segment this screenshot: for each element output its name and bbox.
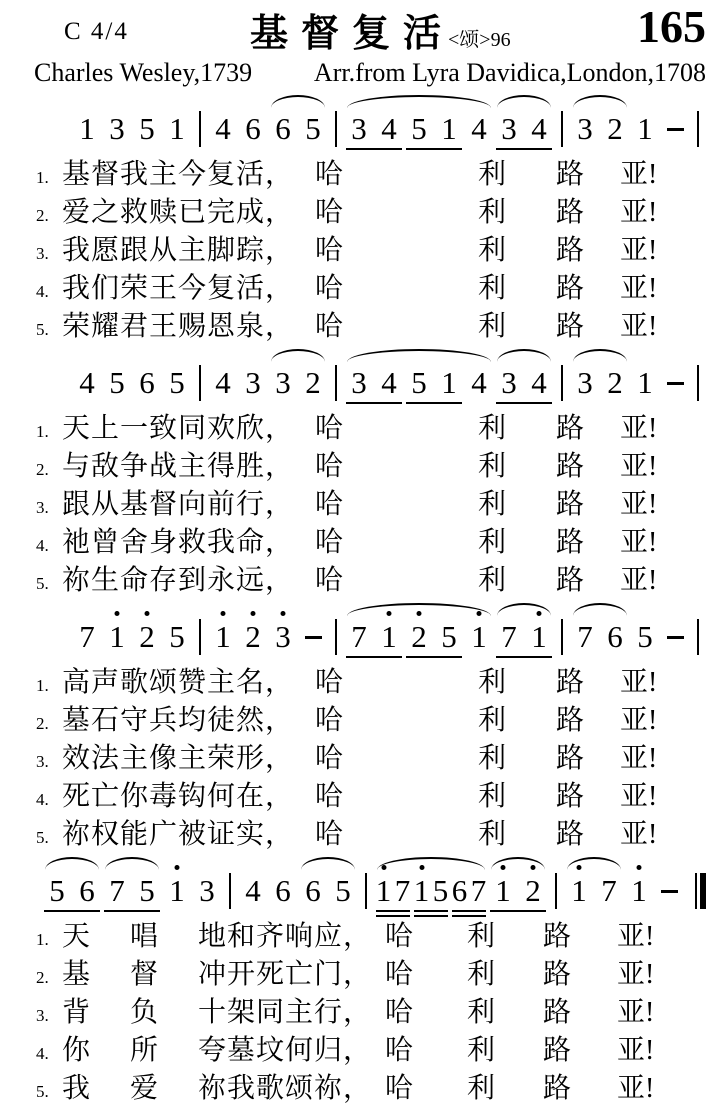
verse-lyrics: 祢权能广被证实，	[62, 816, 315, 854]
slur-arc	[497, 95, 551, 108]
hallelujah-syllable: 亚!	[617, 956, 654, 994]
note-digit: 2	[600, 366, 630, 400]
hallelujah-syllable: 路	[556, 156, 620, 194]
hallelujah-syllable: 利	[478, 486, 556, 524]
music-row: 567513466517156712171	[0, 854, 726, 918]
verse-lyrics: 高声歌颂赞主名，	[62, 664, 315, 702]
verse-lyrics: 与敌争战主得胜，	[62, 448, 315, 486]
octave-dot	[115, 611, 120, 616]
verse-row: 5.祢权能广被证实，哈利路亚!	[0, 816, 726, 854]
slur-arc	[573, 95, 627, 108]
beam-line	[414, 915, 448, 917]
lyric-text: 基督我主今复活，	[62, 159, 294, 190]
note-digit: 1	[434, 366, 464, 400]
final-barline	[684, 874, 706, 908]
lead-char: 我	[62, 1070, 130, 1108]
hallelujah-syllable: 哈	[315, 524, 478, 562]
lyric-text: 祂曾舍身救我命，	[62, 527, 294, 558]
verse-lyrics: 你所夸墓坟何归，	[62, 1032, 385, 1070]
hallelujah-syllable: 路	[543, 1032, 617, 1070]
note-digit: 5	[404, 112, 434, 146]
verse-lyrics: 墓石守兵均徒然，	[62, 702, 315, 740]
lead-char: 天	[62, 918, 130, 956]
note-digit: 4	[72, 366, 102, 400]
hallelujah-syllable: 路	[556, 740, 620, 778]
note-digit: 7	[393, 874, 412, 908]
verse-row: 2.基督冲开死亡门，哈利路亚!	[0, 956, 726, 994]
note-digit: 7	[344, 620, 374, 654]
note-digit: 6	[268, 874, 298, 908]
hallelujah-syllable: 路	[543, 1070, 617, 1108]
barline	[358, 874, 374, 908]
hallelujah-syllable: 亚!	[620, 740, 657, 778]
note-digit: 1	[434, 112, 464, 146]
hallelujah-syllable: 利	[478, 448, 556, 486]
note-digit: 1	[162, 874, 192, 908]
beam-line	[346, 148, 402, 150]
author-arranger: Arr.from Lyra Davidica,London,1708	[314, 58, 706, 92]
beam-line	[496, 148, 552, 150]
verse-number: 5.	[36, 1073, 62, 1110]
lyric-text: 祢权能广被证实，	[62, 819, 294, 850]
verse-lyrics: 天上一致同欢欣，	[62, 410, 315, 448]
hallelujah-syllable: 亚!	[620, 232, 657, 270]
note-digit: 3	[268, 620, 298, 654]
authors-row: Charles Wesley,1739 Arr.from Lyra Davidi…	[0, 58, 726, 92]
note-digit: 6	[298, 874, 328, 908]
barline	[554, 366, 570, 400]
verse-row: 3.效法主像主荣形，哈利路亚!	[0, 740, 726, 778]
hallelujah-syllable: 哈	[385, 1070, 467, 1108]
lyric-text: 祢生命存到永远，	[62, 565, 294, 596]
slur-arc	[347, 603, 491, 616]
note-digit: 2	[404, 620, 434, 654]
note-digit: 6	[132, 366, 162, 400]
lead-char: 爱	[130, 1070, 198, 1108]
barline	[690, 112, 706, 146]
hallelujah-syllable: 亚!	[620, 448, 657, 486]
note-digit: 3	[570, 112, 600, 146]
hallelujah-syllable: 利	[478, 740, 556, 778]
hallelujah-syllable: 哈	[315, 270, 478, 308]
note-digit: 2	[298, 366, 328, 400]
note-digit: 1	[412, 874, 431, 908]
octave-dot	[221, 611, 226, 616]
hallelujah-syllable: 路	[556, 524, 620, 562]
barline	[328, 366, 344, 400]
hallelujah-syllable: 哈	[315, 702, 478, 740]
slur-arc	[45, 857, 99, 870]
note-digit: 4	[464, 366, 494, 400]
hallelujah-syllable: 哈	[315, 308, 478, 346]
hallelujah-syllable: 利	[478, 410, 556, 448]
hymn-number: 165	[637, 0, 706, 53]
verse-row: 1.天上一致同欢欣，哈利路亚!	[0, 410, 726, 448]
tune-reference: <颂>96	[448, 29, 511, 51]
verse-row: 1.高声歌颂赞主名，哈利路亚!	[0, 664, 726, 702]
beam-line	[490, 910, 546, 912]
verse-lyrics: 祂曾舍身救我命，	[62, 524, 315, 562]
lyric-text: 荣耀君王赐恩泉，	[62, 311, 294, 342]
hallelujah-syllable: 路	[556, 270, 620, 308]
verse-number: 4.	[36, 527, 62, 565]
hallelujah-syllable: 路	[556, 664, 620, 702]
hymn-title: 基督复活	[250, 11, 454, 55]
note-digit: 3	[494, 112, 524, 146]
note-digit: 1	[208, 620, 238, 654]
verse-row: 2.与敌争战主得胜，哈利路亚!	[0, 448, 726, 486]
note-digit: 3	[268, 366, 298, 400]
stanza-section-4: 567513466517156712171 1.天唱地和齐响应，哈利路亚!2.基…	[0, 854, 726, 1108]
note-digit: 6	[72, 874, 102, 908]
lyric-text: 死亡你毒钩何在，	[62, 781, 294, 812]
hallelujah-syllable: 哈	[315, 448, 478, 486]
hallelujah-syllable: 利	[478, 308, 556, 346]
barline	[192, 620, 208, 654]
note-digit: 1	[564, 874, 594, 908]
hallelujah-syllable: 亚!	[620, 562, 657, 600]
hallelujah-syllable: 哈	[385, 994, 467, 1032]
hallelujah-syllable: 哈	[385, 918, 467, 956]
dash-note	[660, 366, 690, 400]
verse-number: 5.	[36, 565, 62, 603]
verse-row: 3.背负十架同主行，哈利路亚!	[0, 994, 726, 1032]
verse-number: 2.	[36, 959, 62, 997]
note-digit: 3	[344, 112, 374, 146]
hallelujah-syllable: 路	[556, 308, 620, 346]
slur-arc	[491, 857, 545, 870]
hallelujah-syllable: 利	[478, 524, 556, 562]
barline	[554, 112, 570, 146]
note-digit: 1	[464, 620, 494, 654]
note-digit: 5	[42, 874, 72, 908]
lead-char: 负	[130, 994, 198, 1032]
hallelujah-syllable: 利	[467, 918, 543, 956]
slur-arc	[497, 349, 551, 362]
hallelujah-syllable: 利	[478, 194, 556, 232]
slur-arc	[573, 603, 627, 616]
hallelujah-syllable: 利	[467, 994, 543, 1032]
hallelujah-syllable: 亚!	[620, 194, 657, 232]
hallelujah-syllable: 哈	[315, 410, 478, 448]
barline	[222, 874, 238, 908]
hallelujah-syllable: 哈	[315, 740, 478, 778]
lyric-text: 墓石守兵均徒然，	[62, 705, 294, 736]
verses: 1.高声歌颂赞主名，哈利路亚!2.墓石守兵均徒然，哈利路亚!3.效法主像主荣形，…	[0, 664, 726, 854]
author-lyricist: Charles Wesley,1739	[34, 58, 252, 92]
hallelujah-syllable: 哈	[385, 1032, 467, 1070]
slur-arc	[271, 349, 325, 362]
beam-line	[452, 915, 486, 917]
lead-char: 你	[62, 1032, 130, 1070]
hallelujah-syllable: 哈	[315, 194, 478, 232]
hallelujah-syllable: 利	[478, 270, 556, 308]
title-group: 基督复活<颂>96	[250, 2, 511, 57]
verse-number: 1.	[36, 921, 62, 959]
note-digit: 5	[162, 620, 192, 654]
hallelujah-syllable: 哈	[315, 778, 478, 816]
hallelujah-syllable: 路	[556, 562, 620, 600]
hallelujah-syllable: 利	[478, 664, 556, 702]
stanza-section-2: 456543323451434321 1.天上一致同欢欣，哈利路亚!2.与敌争战…	[0, 346, 726, 600]
note-digit: 1	[630, 112, 660, 146]
verse-lyrics: 背负十架同主行，	[62, 994, 385, 1032]
stanza-section-1: 135146653451434321 1.基督我主今复活，哈利路亚!2.爱之救赎…	[0, 92, 726, 346]
slur-arc	[497, 603, 551, 616]
note-digit: 3	[344, 366, 374, 400]
hallelujah-syllable: 哈	[315, 156, 478, 194]
verse-number: 2.	[36, 197, 62, 235]
verse-lyrics: 爱之救赎已完成，	[62, 194, 315, 232]
hallelujah-syllable: 亚!	[620, 270, 657, 308]
octave-dot	[251, 611, 256, 616]
verse-lyrics: 死亡你毒钩何在，	[62, 778, 315, 816]
lyric-text: 祢我歌颂祢，	[198, 1073, 372, 1104]
note-digit: 5	[404, 366, 434, 400]
hallelujah-syllable: 路	[556, 778, 620, 816]
beam-line	[376, 915, 410, 917]
verse-number: 4.	[36, 273, 62, 311]
barline	[192, 112, 208, 146]
lead-char: 唱	[130, 918, 198, 956]
lyric-text: 与敌争战主得胜，	[62, 451, 294, 482]
lyric-text: 我愿跟从主脚踪，	[62, 235, 294, 266]
note-digit: 1	[624, 874, 654, 908]
note-digit: 1	[162, 112, 192, 146]
barline	[192, 366, 208, 400]
note-digit: 5	[102, 366, 132, 400]
note-digit: 4	[374, 112, 404, 146]
lyric-text: 高声歌颂赞主名，	[62, 667, 294, 698]
verses: 1.天唱地和齐响应，哈利路亚!2.基督冲开死亡门，哈利路亚!3.背负十架同主行，…	[0, 918, 726, 1108]
hallelujah-syllable: 利	[478, 702, 556, 740]
slur-arc	[271, 95, 325, 108]
beam-line	[414, 910, 448, 912]
note-digit: 5	[630, 620, 660, 654]
beam-line	[406, 656, 462, 658]
note-digit: 5	[162, 366, 192, 400]
note-digit: 7	[102, 874, 132, 908]
barline	[548, 874, 564, 908]
hallelujah-syllable: 亚!	[620, 816, 657, 854]
slur-arc	[301, 857, 355, 870]
hallelujah-syllable: 路	[556, 410, 620, 448]
verse-number: 3.	[36, 235, 62, 273]
hallelujah-syllable: 路	[543, 994, 617, 1032]
note-digit: 6	[600, 620, 630, 654]
lyric-text: 爱之救赎已完成，	[62, 197, 294, 228]
verse-lyrics: 祢生命存到永远，	[62, 562, 315, 600]
hallelujah-syllable: 利	[478, 562, 556, 600]
hallelujah-syllable: 利	[478, 232, 556, 270]
note-digit: 2	[238, 620, 268, 654]
slur-arc	[347, 95, 491, 108]
stanza-section-3: 71251237125171765 1.高声歌颂赞主名，哈利路亚!2.墓石守兵均…	[0, 600, 726, 854]
verse-lyrics: 我们荣王今复活，	[62, 270, 315, 308]
verse-lyrics: 我爱祢我歌颂祢，	[62, 1070, 385, 1108]
beam-line	[406, 402, 462, 404]
verse-number: 4.	[36, 1035, 62, 1073]
verse-number: 3.	[36, 743, 62, 781]
barline	[328, 112, 344, 146]
beam-line	[376, 910, 410, 912]
hallelujah-syllable: 利	[467, 1032, 543, 1070]
note-digit: 6	[450, 874, 469, 908]
verse-number: 1.	[36, 413, 62, 451]
verse-lyrics: 基督我主今复活，	[62, 156, 315, 194]
lyric-text: 我们荣王今复活，	[62, 273, 294, 304]
barline	[690, 366, 706, 400]
note-digit: 1	[630, 366, 660, 400]
note-digit: 4	[464, 112, 494, 146]
verse-lyrics: 效法主像主荣形，	[62, 740, 315, 778]
beam-line	[496, 656, 552, 658]
note-digit: 1	[374, 620, 404, 654]
lyric-text: 地和齐响应，	[198, 921, 372, 952]
verse-number: 5.	[36, 311, 62, 349]
verse-number: 2.	[36, 451, 62, 489]
octave-dot	[281, 611, 286, 616]
note-digit: 6	[238, 112, 268, 146]
note-digit: 5	[298, 112, 328, 146]
music-row: 71251237125171765	[0, 600, 726, 664]
note-digit: 1	[72, 112, 102, 146]
hallelujah-syllable: 哈	[385, 956, 467, 994]
lead-char: 基	[62, 956, 130, 994]
slur-arc	[377, 857, 485, 870]
beam-line	[44, 910, 100, 912]
lyric-text: 天上一致同欢欣，	[62, 413, 294, 444]
note-digit: 7	[570, 620, 600, 654]
hallelujah-syllable: 亚!	[617, 1070, 654, 1108]
hallelujah-syllable: 哈	[315, 486, 478, 524]
note-digit: 3	[238, 366, 268, 400]
note-digit: 4	[208, 366, 238, 400]
verses: 1.天上一致同欢欣，哈利路亚!2.与敌争战主得胜，哈利路亚!3.跟从基督向前行，…	[0, 410, 726, 600]
verse-row: 3.跟从基督向前行，哈利路亚!	[0, 486, 726, 524]
note-digit: 4	[524, 366, 554, 400]
barline	[328, 620, 344, 654]
note-digit: 2	[518, 874, 548, 908]
verse-lyrics: 跟从基督向前行，	[62, 486, 315, 524]
dash-note	[660, 112, 690, 146]
hallelujah-syllable: 亚!	[620, 156, 657, 194]
lyric-text: 十架同主行，	[198, 997, 372, 1028]
hallelujah-syllable: 利	[478, 778, 556, 816]
verse-number: 3.	[36, 489, 62, 527]
octave-dot	[145, 611, 150, 616]
note-digit: 5	[132, 112, 162, 146]
hallelujah-syllable: 亚!	[620, 410, 657, 448]
note-digit: 4	[208, 112, 238, 146]
verse-lyrics: 天唱地和齐响应，	[62, 918, 385, 956]
note-digit: 4	[238, 874, 268, 908]
verse-number: 1.	[36, 667, 62, 705]
music-row: 456543323451434321	[0, 346, 726, 410]
dash-note	[654, 874, 684, 908]
hallelujah-syllable: 利	[467, 956, 543, 994]
verse-lyrics: 荣耀君王赐恩泉，	[62, 308, 315, 346]
verse-row: 4.你所夸墓坟何归，哈利路亚!	[0, 1032, 726, 1070]
verses: 1.基督我主今复活，哈利路亚!2.爱之救赎已完成，哈利路亚!3.我愿跟从主脚踪，…	[0, 156, 726, 346]
music-row: 135146653451434321	[0, 92, 726, 156]
note-digit: 1	[102, 620, 132, 654]
hallelujah-syllable: 利	[478, 816, 556, 854]
hallelujah-syllable: 亚!	[617, 918, 654, 956]
hallelujah-syllable: 路	[556, 448, 620, 486]
note-digit: 1	[374, 874, 393, 908]
hallelujah-syllable: 亚!	[617, 1032, 654, 1070]
note-digit: 3	[192, 874, 222, 908]
hallelujah-syllable: 路	[556, 194, 620, 232]
verse-number: 3.	[36, 997, 62, 1035]
hallelujah-syllable: 哈	[315, 232, 478, 270]
verse-row: 4.我们荣王今复活，哈利路亚!	[0, 270, 726, 308]
note-digit: 7	[72, 620, 102, 654]
hallelujah-syllable: 亚!	[620, 702, 657, 740]
lead-char: 督	[130, 956, 198, 994]
hallelujah-syllable: 路	[556, 702, 620, 740]
note-digit: 3	[102, 112, 132, 146]
hallelujah-syllable: 亚!	[617, 994, 654, 1032]
barline	[554, 620, 570, 654]
beam-line	[452, 910, 486, 912]
beam-line	[406, 148, 462, 150]
note-digit: 7	[494, 620, 524, 654]
lead-char: 背	[62, 994, 130, 1032]
lead-char: 所	[130, 1032, 198, 1070]
verse-number: 5.	[36, 819, 62, 857]
hallelujah-syllable: 利	[478, 156, 556, 194]
verse-row: 2.爱之救赎已完成，哈利路亚!	[0, 194, 726, 232]
hallelujah-syllable: 哈	[315, 664, 478, 702]
note-digit: 7	[594, 874, 624, 908]
note-digit: 7	[469, 874, 488, 908]
note-digit: 4	[524, 112, 554, 146]
beam-line	[346, 402, 402, 404]
note-digit: 5	[132, 874, 162, 908]
verse-row: 4.祂曾舍身救我命，哈利路亚!	[0, 524, 726, 562]
octave-dot	[175, 865, 180, 870]
hallelujah-syllable: 亚!	[620, 524, 657, 562]
beam-line	[346, 656, 402, 658]
hallelujah-syllable: 路	[543, 956, 617, 994]
verse-row: 5.祢生命存到永远，哈利路亚!	[0, 562, 726, 600]
verse-row: 1.基督我主今复活，哈利路亚!	[0, 156, 726, 194]
hallelujah-syllable: 亚!	[620, 308, 657, 346]
verse-number: 4.	[36, 781, 62, 819]
note-digit: 6	[268, 112, 298, 146]
verse-row: 3.我愿跟从主脚踪，哈利路亚!	[0, 232, 726, 270]
beam-line	[496, 402, 552, 404]
verse-row: 5.我爱祢我歌颂祢，哈利路亚!	[0, 1070, 726, 1108]
hallelujah-syllable: 路	[556, 816, 620, 854]
hallelujah-syllable: 哈	[315, 562, 478, 600]
slur-arc	[573, 349, 627, 362]
hymn-header: C 4/4 基督复活<颂>96 165	[0, 0, 726, 58]
hallelujah-syllable: 路	[543, 918, 617, 956]
note-digit: 5	[431, 874, 450, 908]
hallelujah-syllable: 哈	[315, 816, 478, 854]
verse-lyrics: 我愿跟从主脚踪，	[62, 232, 315, 270]
octave-dot	[637, 865, 642, 870]
verse-lyrics: 基督冲开死亡门，	[62, 956, 385, 994]
note-digit: 3	[494, 366, 524, 400]
note-digit: 4	[374, 366, 404, 400]
hallelujah-syllable: 亚!	[620, 778, 657, 816]
hallelujah-syllable: 利	[467, 1070, 543, 1108]
verse-number: 1.	[36, 159, 62, 197]
